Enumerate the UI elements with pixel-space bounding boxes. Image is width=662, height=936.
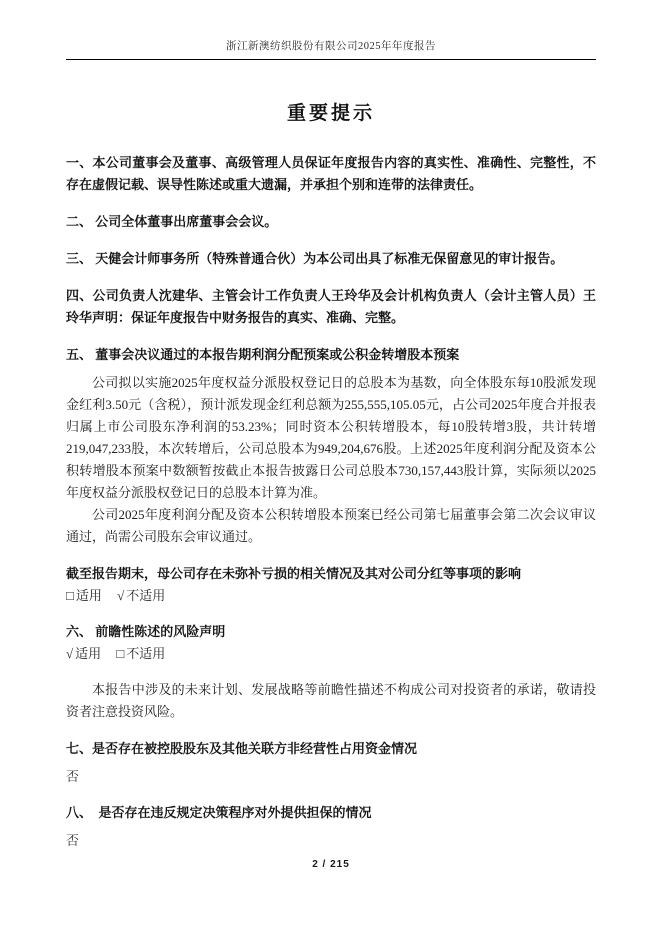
- not-applicable-label: 不适用: [126, 646, 165, 661]
- section-seven-heading: 七、是否存在被控股股东及其他关联方非经营性占用资金情况: [66, 738, 596, 760]
- section-six-heading: 六、 前瞻性陈述的风险声明: [66, 621, 596, 643]
- unrecovered-losses-heading: 截至报告期末，母公司存在未弥补亏损的相关情况及其对公司分红等事项的影响: [66, 563, 596, 585]
- board-approval-paragraph: 公司2025年度利润分配及资本公积转增股本预案已经公司第七届董事会第二次会议审议…: [66, 504, 596, 548]
- annual-report-page: 浙江新澳纺织股份有限公司2025年年度报告 重要提示 一、本公司董事会及董事、高…: [0, 0, 662, 936]
- profit-distribution-paragraph: 公司拟以实施2025年度权益分派股权登记日的总股本为基数，向全体股东每10股派发…: [66, 372, 596, 504]
- page-title: 重要提示: [66, 100, 596, 128]
- applicability-line-losses: □适用 √不适用: [66, 585, 596, 607]
- section-two-statement: 二、 公司全体董事出席董事会会议。: [66, 211, 596, 233]
- section-eight-heading: 八、 是否存在违反规定决策程序对外提供担保的情况: [66, 802, 596, 824]
- page-footer: 2 / 215: [0, 854, 662, 872]
- document-header: 浙江新澳纺织股份有限公司2025年年度报告: [66, 0, 596, 60]
- applicable-label: 适用: [76, 588, 102, 603]
- page-number: 2 / 215: [312, 859, 350, 870]
- section-five-heading: 五、 董事会决议通过的本报告期利润分配预案或公积金转增股本预案: [66, 344, 596, 366]
- report-header-title: 浙江新澳纺织股份有限公司2025年年度报告: [66, 40, 596, 54]
- section-one-statement: 一、本公司董事会及董事、高级管理人员保证年度报告内容的真实性、准确性、完整性，不…: [66, 152, 596, 196]
- section-eight-answer: 否: [66, 830, 596, 852]
- section-four-statement: 四、公司负责人沈建华、主管会计工作负责人王玲华及会计机构负责人（会计主管人员）王…: [66, 285, 596, 329]
- applicable-label: 适用: [75, 646, 101, 661]
- not-applicable-option: √不适用: [117, 588, 165, 603]
- applicable-option: √适用: [66, 646, 101, 661]
- checkbox-unchecked-icon: □: [116, 646, 124, 661]
- section-seven-answer: 否: [66, 766, 596, 788]
- applicable-option: □适用: [66, 588, 102, 603]
- not-applicable-label: 不适用: [126, 588, 165, 603]
- document-body: 重要提示 一、本公司董事会及董事、高级管理人员保证年度报告内容的真实性、准确性、…: [66, 100, 596, 852]
- checkmark-icon: √: [117, 588, 124, 603]
- applicability-line-forward-statements: √适用 □不适用: [66, 643, 596, 665]
- not-applicable-option: □不适用: [116, 646, 165, 661]
- section-three-statement: 三、 天健会计师事务所（特殊普通合伙）为本公司出具了标准无保留意见的审计报告。: [66, 248, 596, 270]
- checkbox-unchecked-icon: □: [66, 588, 74, 603]
- risk-disclaimer-paragraph: 本报告中涉及的未来计划、发展战略等前瞻性描述不构成公司对投资者的承诺，敬请投资者…: [66, 679, 596, 723]
- checkmark-icon: √: [66, 646, 73, 661]
